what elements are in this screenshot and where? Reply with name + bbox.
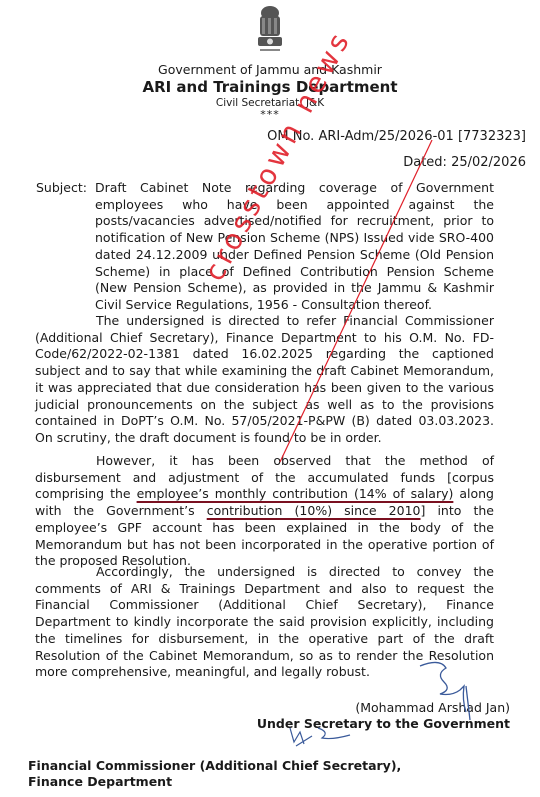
subject-label: Subject: xyxy=(36,180,87,195)
government-name: Government of Jammu and Kashmir xyxy=(0,62,540,77)
signatory-designation: Under Secretary to the Government xyxy=(257,716,510,731)
paragraph-2: However, it has been observed that the m… xyxy=(35,453,494,570)
signatory-name: (Mohammad Arshad Jan) xyxy=(355,700,510,715)
addressee-line-2: Finance Department xyxy=(28,774,172,789)
department-name: ARI and Trainings Department xyxy=(0,78,540,96)
underlined-government-contribution: contribution (10%) since 2010 xyxy=(207,503,421,518)
addressee-line-1: Financial Commissioner (Additional Chief… xyxy=(28,758,401,773)
underlined-employee-contribution: employee’s monthly contribution (14% of … xyxy=(137,486,454,501)
state-emblem-icon xyxy=(248,4,292,58)
header-separator: *** xyxy=(0,108,540,121)
document-page: Government of Jammu and Kashmir ARI and … xyxy=(0,0,540,797)
paragraph-3: Accordingly, the undersigned is directed… xyxy=(35,564,494,681)
date: Dated: 25/02/2026 xyxy=(403,155,526,170)
subject-text: Draft Cabinet Note regarding coverage of… xyxy=(95,180,494,314)
paragraph-1: The undersigned is directed to refer Fin… xyxy=(35,313,494,447)
